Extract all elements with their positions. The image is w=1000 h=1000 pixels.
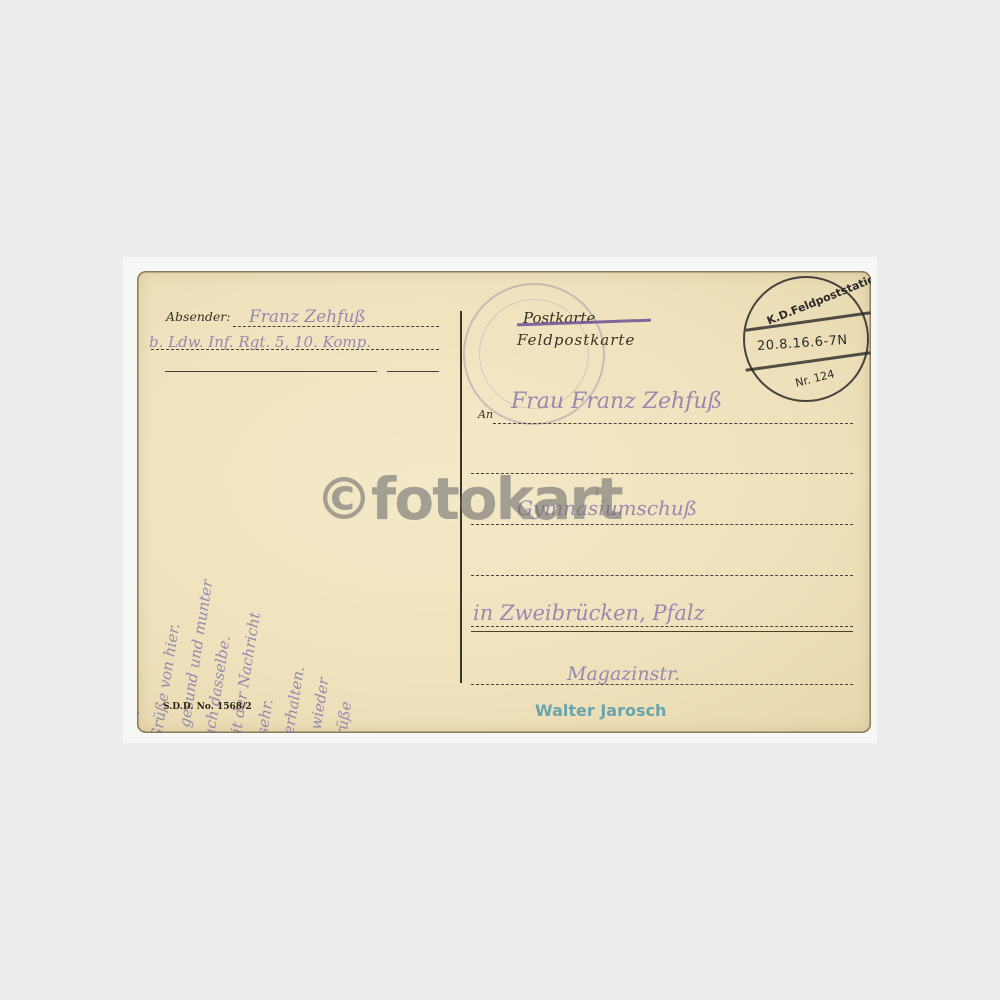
sender-underline — [165, 371, 377, 372]
address-line-1 — [493, 423, 853, 424]
addressee-label: An — [478, 408, 493, 421]
postmark-number: Nr. 124 — [794, 367, 836, 389]
address-extra: Magazinstr. — [567, 663, 680, 685]
sender-name: Franz Zehfuß — [249, 307, 366, 327]
address-line-4 — [471, 575, 853, 576]
sender-label: Absender: — [166, 309, 230, 324]
address-town: in Zweibrücken, Pfalz — [473, 601, 705, 625]
sender-underline-short — [387, 371, 439, 372]
address-underline — [471, 631, 853, 632]
watermark: ©fotokart — [315, 465, 622, 533]
heading: Feldpostkarte — [517, 331, 635, 349]
postmark-date: 20.8.16.6-7N — [757, 333, 849, 354]
message-line: Liebe Frau u. Kinder! — [137, 707, 144, 733]
address-recipient: Frau Franz Zehfuß — [511, 389, 722, 414]
publisher-mark: S.D.D. No. 1568/2 — [163, 702, 252, 712]
postmark: K.D.Feldpoststation 20.8.16.6-7N Nr. 124 — [743, 276, 869, 402]
sender-unit: b. Ldw. Inf. Rgt. 5, 10. Komp. — [149, 333, 371, 351]
address-line-5 — [471, 626, 853, 627]
sender-stamp: Walter Jarosch — [535, 701, 666, 720]
